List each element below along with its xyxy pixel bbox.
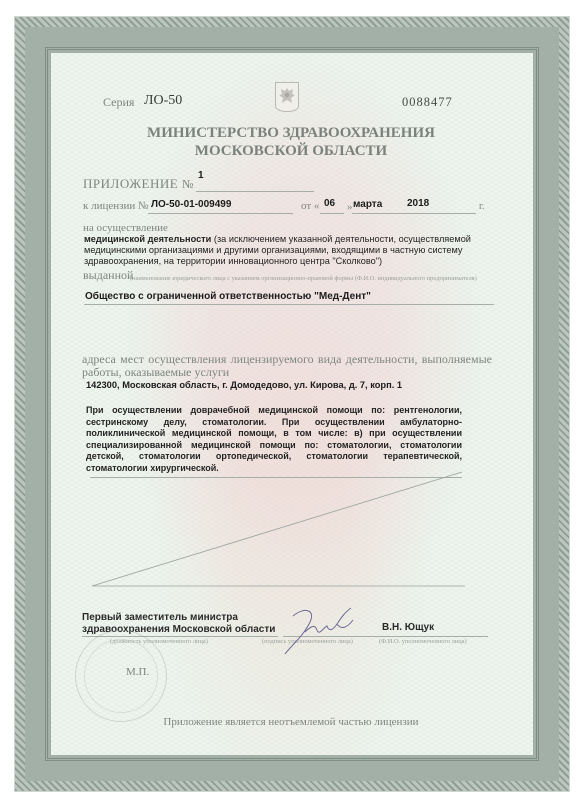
address-label: адреса мест осуществления лицензируемого… — [82, 353, 492, 379]
signer-name: В.Н. Ющук — [382, 622, 434, 633]
signer-name-caption: (Ф.И.О. уполномоченного лица) — [379, 638, 467, 645]
organization-underline — [84, 304, 494, 305]
appendix-no-sign: № — [182, 177, 193, 192]
issued-caption: (наименование юридического лица с указан… — [130, 272, 500, 285]
issuer-line-1: МИНИСТЕРСТВО ЗДРАВООХРАНЕНИЯ — [0, 125, 582, 142]
issuer-line-2: МОСКОВСКОЙ ОБЛАСТИ — [0, 143, 582, 160]
appendix-label: ПРИЛОЖЕНИЕ — [83, 176, 178, 192]
seal-label: М.П. — [126, 666, 149, 678]
series-label: Серия — [103, 95, 134, 110]
date-year-suffix: г. — [479, 201, 484, 212]
license-label: к лицензии № — [83, 200, 149, 212]
license-number-underline — [148, 213, 293, 214]
signer-position-line-1: Первый заместитель министра — [82, 612, 238, 623]
date-year: 2018 — [407, 198, 429, 209]
signer-name-underline — [376, 636, 488, 637]
series-value: ЛО-50 — [144, 93, 182, 109]
address-value: 142300, Московская область, г. Домодедов… — [86, 380, 402, 390]
seal-stamp-outline — [75, 630, 167, 722]
appendix-number: 1 — [198, 170, 204, 181]
coat-of-arms-icon — [275, 82, 299, 112]
organization-name: Общество с ограниченной ответственностью… — [85, 291, 371, 302]
date-month-year-underline — [352, 213, 476, 214]
footer-note: Приложение является неотъемлемой частью … — [0, 716, 582, 728]
date-day: 06 — [324, 198, 335, 209]
date-from-label: от « — [301, 200, 319, 212]
license-number: ЛО-50-01-009499 — [151, 199, 231, 210]
activity-type: медицинской деятельности — [84, 234, 211, 244]
date-day-underline — [320, 213, 344, 214]
activity-label: на осуществление — [83, 222, 168, 234]
date-month: марта — [353, 199, 382, 210]
serial-number: 0088477 — [402, 95, 453, 110]
appendix-number-underline — [196, 191, 314, 192]
blank-space-strike-line — [70, 470, 490, 590]
services-description: При осуществлении доврачебной медицинско… — [86, 405, 462, 474]
date-close-quote: » — [347, 201, 353, 213]
issued-label: выданной — [83, 268, 133, 283]
activity-description: медицинской деятельности (за исключением… — [84, 234, 494, 267]
signature — [275, 602, 375, 662]
